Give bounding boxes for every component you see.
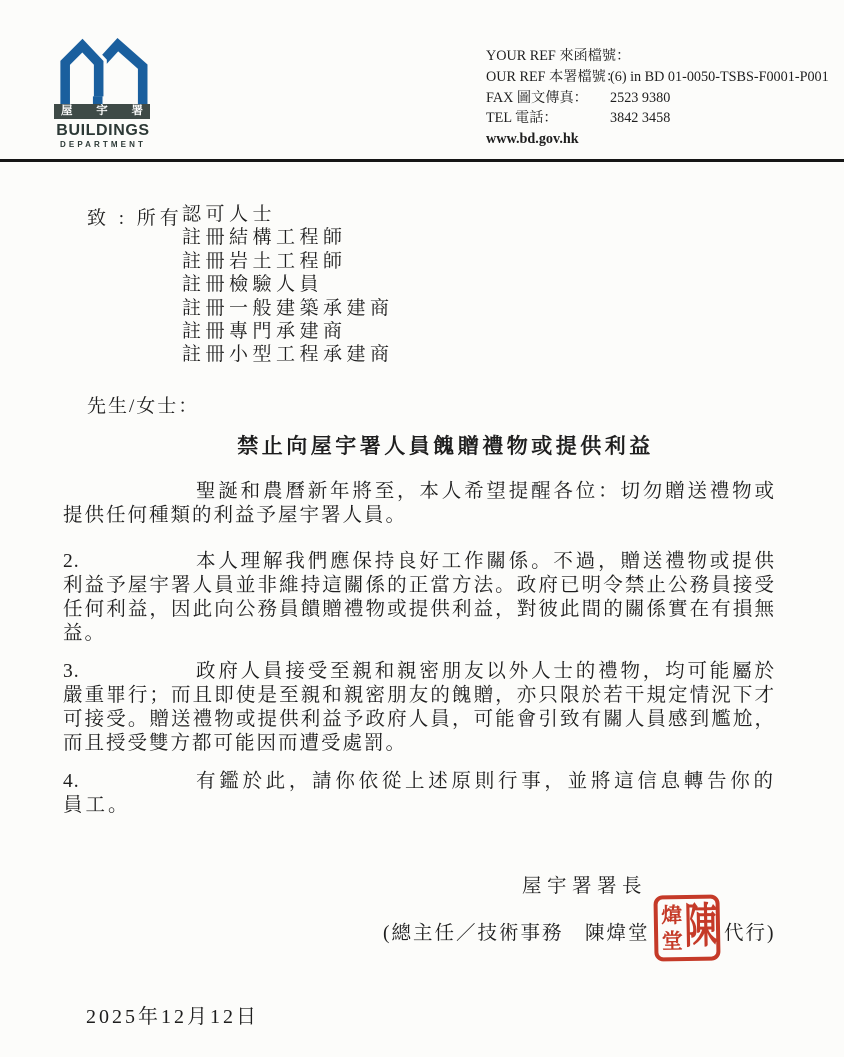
paragraph-1-text: 聖誕和農曆新年將至，本人希望提醒各位：切勿贈送禮物或提供任何種類的利益予屋宇署人…	[63, 480, 776, 528]
website-text: www.bd.gov.hk	[486, 129, 829, 150]
paragraph-2-number: 2.	[63, 550, 80, 574]
addressee-item: 註冊小型工程承建商	[182, 343, 394, 366]
letter-title: 禁止向屋宇署人員餽贈禮物或提供利益	[63, 430, 776, 460]
paragraph-2: 2. 本人理解我們應保持良好工作關係。不過，贈送禮物或提供利益予屋宇署人員並非維…	[63, 550, 776, 646]
salutation: 先生/女士：	[87, 391, 199, 418]
letter-date: 2025年12月12日	[86, 1000, 259, 1029]
your-ref-row: YOUR REF 來函檔號：	[486, 46, 829, 67]
buildings-department-logo: 屋 宇 署 BUILDINGS DEPARTMENT	[54, 37, 154, 149]
name-seal-stamp: 陳 煒 堂	[653, 894, 720, 961]
our-ref-row: OUR REF 本署檔號： (6) in BD 01-0050-TSBS-F00…	[486, 67, 829, 88]
fax-row: FAX 圖文傳真： 2523 9380	[486, 88, 829, 109]
logo-char-3: 署	[132, 104, 144, 119]
seal-char-top: 煒	[661, 905, 682, 926]
fax-label: FAX 圖文傳真：	[486, 88, 610, 109]
paragraph-3-text: 政府人員接受至親和親密朋友以外人士的禮物，均可能屬於嚴重罪行；而且即使是至親和親…	[63, 660, 776, 756]
addressee-item: 註冊岩土工程師	[182, 250, 394, 273]
our-ref-value: (6) in BD 01-0050-TSBS-F0001-P001	[610, 67, 829, 88]
fax-value: 2523 9380	[610, 88, 670, 109]
seal-char-bottom: 堂	[662, 931, 683, 952]
your-ref-label: YOUR REF 來函檔號：	[486, 46, 610, 67]
addressee-item: 認可人士	[182, 203, 394, 226]
paragraph-4-text: 有鑑於此，請你依從上述原則行事，並將這信息轉告你的員工。	[63, 770, 776, 818]
logo-char-1: 屋	[61, 104, 73, 119]
seal-given-name-chars: 煒 堂	[657, 899, 686, 957]
addressee-to-line: 致 : 所有	[87, 203, 183, 230]
reference-block: YOUR REF 來函檔號： OUR REF 本署檔號： (6) in BD 0…	[486, 46, 829, 150]
header-divider-line	[0, 159, 844, 162]
addressee-list: 認可人士 註冊結構工程師 註冊岩土工程師 註冊檢驗人員 註冊一般建築承建商 註冊…	[182, 203, 394, 367]
logo-buildings-text: BUILDINGS	[54, 122, 152, 140]
addressee-item: 註冊一般建築承建商	[182, 297, 394, 320]
signed-by-line: (總主任／技術事務 陳煒堂	[383, 917, 650, 945]
tel-row: TEL 電話： 3842 3458	[486, 108, 829, 129]
logo-char-2: 宇	[96, 104, 108, 119]
paragraph-1: 聖誕和農曆新年將至，本人希望提醒各位：切勿贈送禮物或提供任何種類的利益予屋宇署人…	[63, 480, 776, 528]
logo-chinese-bar: 屋 宇 署	[54, 104, 150, 119]
paragraph-3: 3. 政府人員接受至親和親密朋友以外人士的禮物，均可能屬於嚴重罪行；而且即使是至…	[63, 660, 776, 756]
paragraph-4: 4. 有鑑於此，請你依從上述原則行事，並將這信息轉告你的員工。	[63, 770, 776, 818]
houses-logo-icon	[54, 37, 151, 104]
signed-on-behalf-text: 代行)	[724, 917, 776, 945]
paragraph-3-number: 3.	[63, 660, 80, 684]
addressee-item: 註冊專門承建商	[182, 320, 394, 343]
addressee-item: 註冊檢驗人員	[182, 273, 394, 296]
our-ref-label: OUR REF 本署檔號：	[486, 67, 610, 88]
paragraph-4-number: 4.	[63, 770, 80, 794]
addressee-item: 註冊結構工程師	[182, 226, 394, 249]
tel-label: TEL 電話：	[486, 108, 610, 129]
tel-value: 3842 3458	[610, 108, 670, 129]
signer-post-title: 屋宇署署長	[522, 870, 647, 898]
logo-department-text: DEPARTMENT	[54, 140, 152, 149]
seal-surname-char: 陳	[685, 885, 716, 970]
paragraph-2-text: 本人理解我們應保持良好工作關係。不過，贈送禮物或提供利益予屋宇署人員並非維持這關…	[63, 550, 776, 646]
